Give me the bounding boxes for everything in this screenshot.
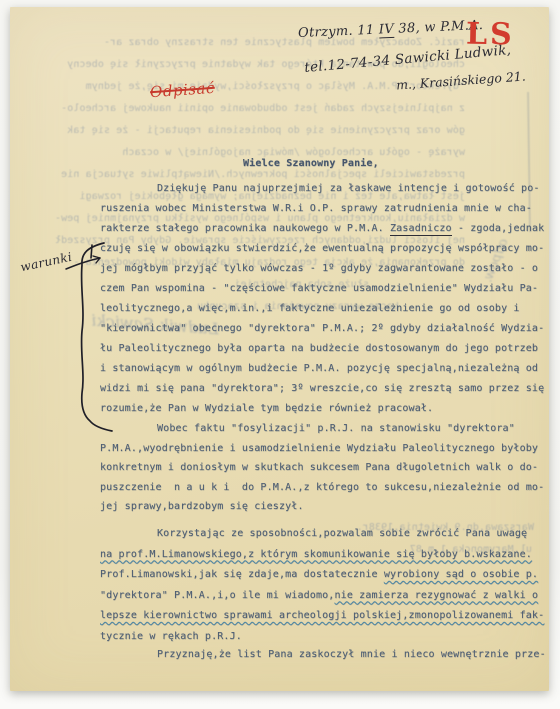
typed-line: lepsze kierownictwo sprawami archeologji… bbox=[100, 610, 544, 621]
typed-line: "dyrektora" P.M.A.,i,o ile mi wiadomo,ni… bbox=[100, 590, 538, 601]
blue-wavy-underlined-text: nie zamierza rezygnować z walki o bbox=[334, 590, 538, 601]
scanned-letter-page: { "document_type": "scanned typewritten … bbox=[0, 0, 560, 709]
received-date-month: IV bbox=[379, 22, 395, 39]
typed-line: Prof.Limanowski,jak się zdaje,ma dostate… bbox=[100, 569, 538, 580]
typed-line: Przyznaję,że list Pana zaskoczył mnie i … bbox=[157, 649, 546, 660]
typed-text: leolitycznego,a więc,m.in.,i faktyczne u… bbox=[100, 303, 520, 314]
typed-text: czem Pan wspomina - "częściowe faktyczne… bbox=[100, 283, 538, 294]
typed-line: "kierownictwa" obecnego "dyrektora" P.M.… bbox=[100, 323, 544, 334]
blue-wavy-underlined-text: na prof.M.Limanowskiego,z którym skomuni… bbox=[100, 549, 532, 560]
ink-underlined-text: Zasadniczo bbox=[390, 223, 452, 236]
typed-text: Prof.Limanowski,jak się zdaje,ma dostate… bbox=[100, 569, 384, 580]
blue-wavy-underlined-text: lepsze kierownictwo sprawami archeologji… bbox=[100, 610, 544, 621]
typed-line: i stanowiącym w ogólnym budżecie P.M.A. … bbox=[100, 363, 538, 374]
typed-text: Dziękuję Panu najuprzejmiej za łaskawe i… bbox=[157, 183, 540, 194]
typed-line: P.M.A.,wyodrębnienie i usamodzielnienie … bbox=[100, 443, 538, 454]
typed-line: Dziękuję Panu najuprzejmiej za łaskawe i… bbox=[157, 183, 540, 194]
typed-text: Wobec faktu "fosylizacji" p.R.J. na stan… bbox=[157, 423, 515, 434]
typed-line: widzi mi się pana "dyrektora"; 3º wreszc… bbox=[100, 383, 544, 394]
typed-text: czuję się w obowiązku stwierdzić,że ewen… bbox=[100, 243, 544, 254]
typed-text: "kierownictwa" obecnego "dyrektora" P.M.… bbox=[100, 323, 544, 334]
typed-text: - zgoda,jednak bbox=[452, 223, 545, 234]
blue-wavy-underlined-text: wyrobiony sąd o osobie p. bbox=[384, 569, 538, 580]
letter-paper: razić. Zobaczyłem bowiem plastycznie ten… bbox=[10, 7, 549, 691]
red-initials: LS bbox=[466, 17, 515, 53]
typed-text: Korzystając ze sposobności,pozwalam sobi… bbox=[157, 528, 527, 539]
typed-text: i stanowiącym w ogólnym budżecie P.M.A. … bbox=[100, 363, 538, 374]
typed-line: Korzystając ze sposobności,pozwalam sobi… bbox=[157, 528, 527, 539]
typed-text: konkretnym i doniosłym w skutkach sukces… bbox=[100, 462, 538, 473]
bleedthrough-line: z najpilniejszych zadań jest odbudowanie… bbox=[61, 103, 465, 114]
typed-text: jej mógłbym przyjąć tylko wówczas - 1º g… bbox=[100, 263, 538, 274]
typed-text: tycznie w rękach p.R.J. bbox=[100, 631, 242, 642]
typed-text: "dyrektora" P.M.A.,i,o ile mi wiadomo, bbox=[100, 590, 334, 601]
typed-line: jej mógłbym przyjąć tylko wówczas - 1º g… bbox=[100, 263, 538, 274]
bleedthrough-line: gów oraz przyczynienie się do podniesien… bbox=[67, 125, 465, 136]
typed-line: leolitycznego,a więc,m.in.,i faktyczne u… bbox=[100, 303, 520, 314]
typed-text: puszczenie n a u k i do P.M.A.,z którego… bbox=[100, 482, 544, 493]
typed-text: ruszenia wobec Ministerstwa W.R.i O.P. s… bbox=[100, 203, 532, 214]
typed-text: rakterze stałego pracownika naukowego w … bbox=[100, 223, 390, 234]
typed-text: jej sprawy,bardzobym się cieszył. bbox=[100, 501, 304, 512]
typed-line: na prof.M.Limanowskiego,z którym skomuni… bbox=[100, 549, 532, 560]
typed-line: Wobec faktu "fosylizacji" p.R.J. na stan… bbox=[157, 423, 515, 434]
typed-text: rozumie,że Pan w Wydziale tym będzie rów… bbox=[100, 403, 433, 414]
typed-line: tycznie w rękach p.R.J. bbox=[100, 631, 242, 642]
typed-line: konkretnym i doniosłym w skutkach sukces… bbox=[100, 462, 538, 473]
typed-line: łu Paleolitycznego była oparta na budżec… bbox=[100, 343, 538, 354]
bleedthrough-line: wyrażę - ogółu archeologów /mówiąc najog… bbox=[122, 147, 465, 158]
typed-line: jej sprawy,bardzobym się cieszył. bbox=[100, 501, 304, 512]
typed-line: rakterze stałego pracownika naukowego w … bbox=[100, 223, 544, 234]
typed-line: czuję się w obowiązku stwierdzić,że ewen… bbox=[100, 243, 544, 254]
bleedthrough-line: razić. Zobaczyłem bowiem plastycznie ten… bbox=[104, 37, 465, 48]
typed-text: widzi mi się pana "dyrektora"; 3º wreszc… bbox=[100, 383, 544, 394]
salutation: Wielce Szanowny Panie, bbox=[243, 158, 379, 169]
typed-line: ruszenia wobec Ministerstwa W.R.i O.P. s… bbox=[100, 203, 532, 214]
typed-text: Przyznaję,że list Pana zaskoczył mnie i … bbox=[157, 649, 546, 660]
typed-line: rozumie,że Pan w Wydziale tym będzie rów… bbox=[100, 403, 433, 414]
typed-text: P.M.A.,wyodrębnienie i usamodzielnienie … bbox=[100, 443, 538, 454]
bleedthrough-line: przedstawicieli specjalności pokrewnych.… bbox=[61, 169, 465, 180]
typed-line: puszczenie n a u k i do P.M.A.,z którego… bbox=[100, 482, 544, 493]
typed-text: łu Paleolitycznego była oparta na budżec… bbox=[100, 343, 538, 354]
typed-line: czem Pan wspomina - "częściowe faktyczne… bbox=[100, 283, 538, 294]
